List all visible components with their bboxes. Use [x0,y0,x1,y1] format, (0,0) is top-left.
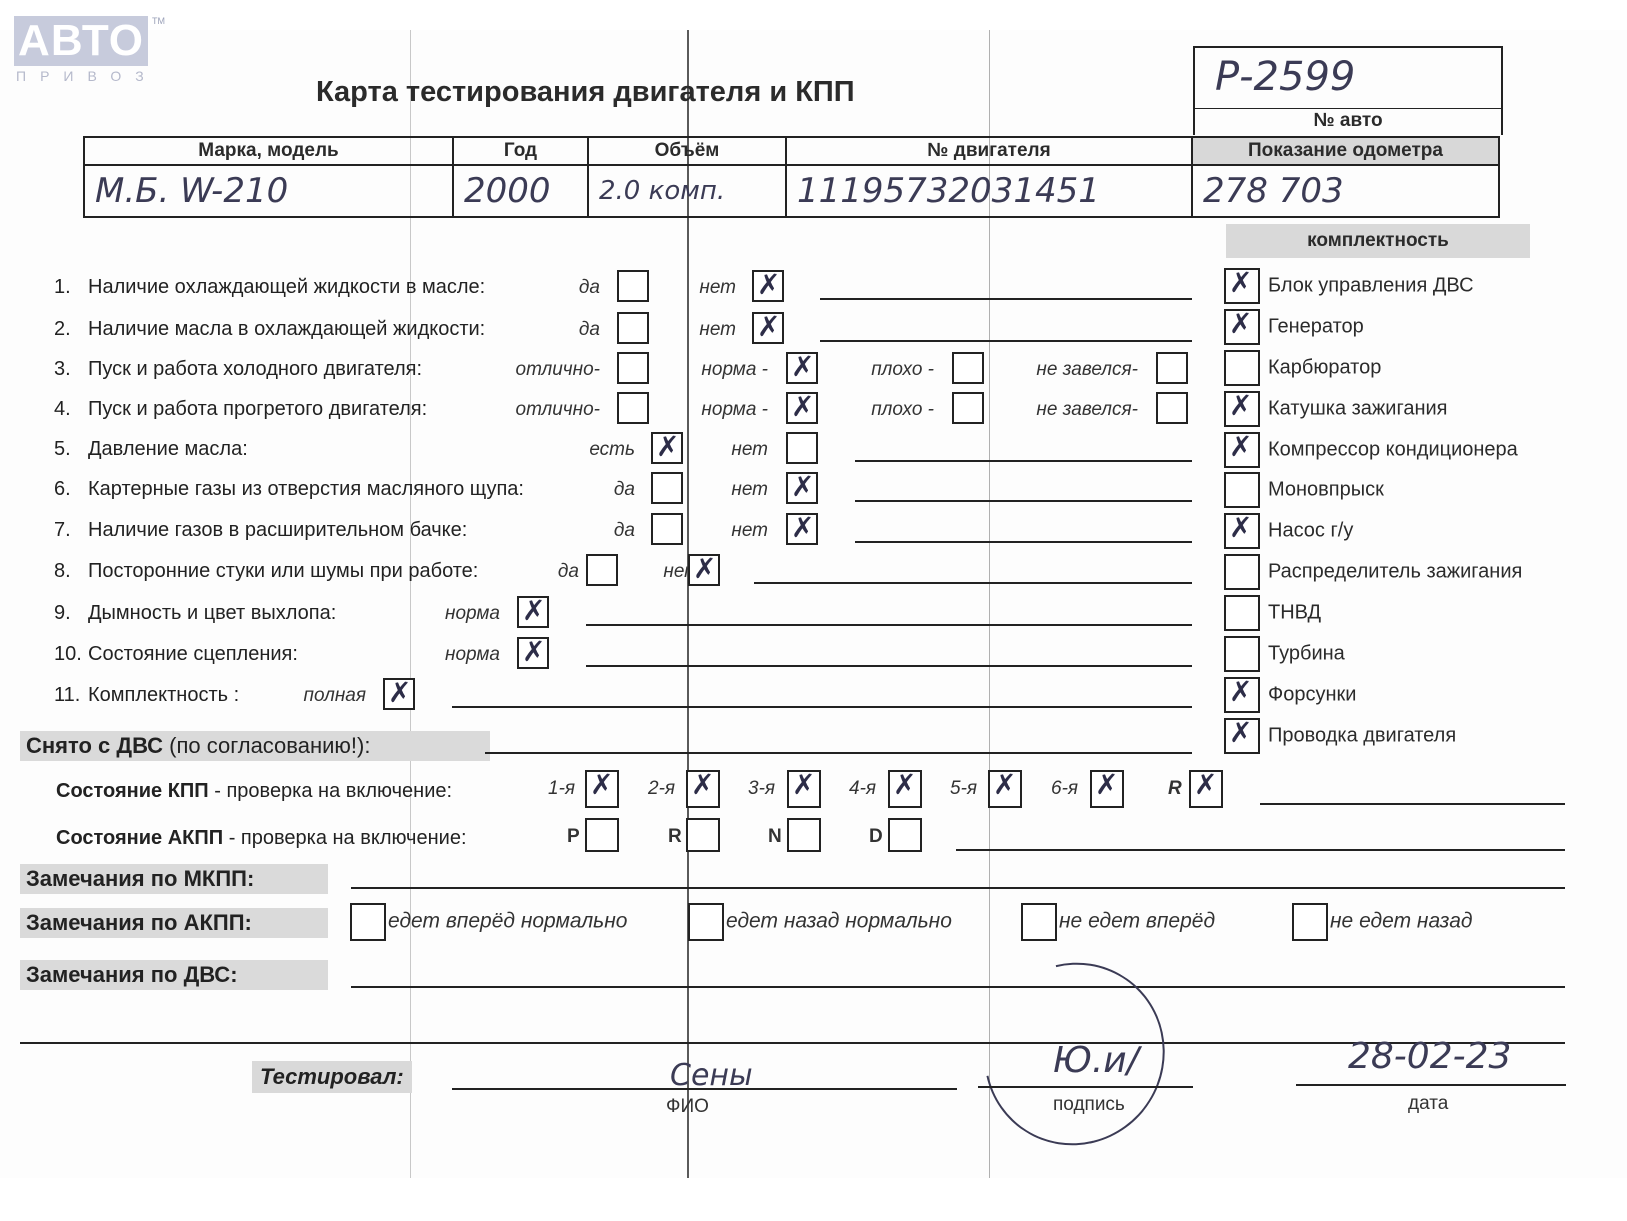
question-number: 11. [54,684,88,707]
completeness-label: ТНВД [1268,602,1321,624]
question-notes-line[interactable] [820,340,1192,342]
akpp-remark-checkbox[interactable] [350,903,386,941]
option-label: да [485,520,635,542]
question-3: 3.Пуск и работа холодного двигателя: [54,358,422,381]
completeness-checkbox[interactable] [1224,595,1260,631]
removed-parts-bold: Снято с ДВС [26,733,163,758]
akpp-remark-checkbox[interactable] [1292,903,1328,941]
option-label: нет [618,520,768,542]
option-label: норма - [618,399,768,421]
checkbox-4-4[interactable] [1156,392,1188,424]
auto-number-value: Р-2599 [1215,54,1355,100]
akpp-remark-checkbox[interactable] [688,903,724,941]
auto-number-field[interactable]: Р-2599 [1193,46,1503,109]
option-label: не завелся- [988,359,1138,381]
akpp-checkbox-P[interactable] [585,818,619,852]
completeness-label: Форсунки [1268,684,1356,706]
question-notes-line[interactable] [586,624,1192,626]
dvs-remarks-line-2[interactable] [20,1042,1565,1044]
question-number: 10. [54,643,88,666]
completeness-checkbox[interactable] [1224,309,1260,345]
gear-label: 6-я [1051,778,1078,800]
manual-gearbox-title: Состояние КПП [56,780,209,802]
year-value: 2000 [454,171,587,211]
signature-caption: подпись [1053,1094,1125,1116]
akpp-remark-label: не едет назад [1330,910,1472,933]
completeness-label: Моновпрыск [1268,479,1384,501]
manual-gearbox-desc: - проверка на включение: [209,780,452,802]
test-card-page: АВТО TM ПРИВОЗ Карта тестирования двигат… [0,0,1627,1221]
option-label: да [450,319,600,341]
gear-label: 1-я [548,778,575,800]
completeness-heading: комплектность [1226,224,1530,258]
completeness-checkbox[interactable] [1224,432,1260,468]
completeness-checkbox[interactable] [1224,718,1260,754]
completeness-item[interactable]: Катушка зажигания [1224,391,1448,427]
col-header-engine-number: № двигателя [786,137,1192,165]
question-number: 5. [54,438,88,461]
tested-by-label: Тестировал: [252,1061,412,1093]
volume-field[interactable]: 2.0 комп. [588,165,786,217]
completeness-label: Компрессор кондиционера [1268,439,1518,461]
option-label: норма [350,603,500,625]
question-text: Пуск и работа прогретого двигателя: [88,398,427,420]
completeness-item[interactable]: Форсунки [1224,677,1356,713]
completeness-checkbox[interactable] [1224,268,1260,304]
signature-value: Ю.и/ [1053,1040,1139,1081]
option-label: плохо - [784,359,934,381]
gear-checkbox-R[interactable] [1189,770,1223,808]
gear-checkbox-6-я[interactable] [1090,770,1124,808]
akpp-checkbox-D[interactable] [888,818,922,852]
option-label: нет [618,479,768,501]
question-number: 3. [54,358,88,381]
akpp-position-label: R [668,826,682,848]
question-4: 4.Пуск и работа прогретого двигателя: [54,398,427,421]
completeness-item[interactable]: Проводка двигателя [1224,718,1456,754]
akpp-remark-checkbox[interactable] [1021,903,1057,941]
akpp-remark-option[interactable]: едет вперёд нормально [350,903,627,941]
completeness-checkbox[interactable] [1224,677,1260,713]
volume-value: 2.0 комп. [589,176,785,206]
signature-line[interactable] [978,1086,1193,1088]
question-10: 10.Состояние сцепления: [54,643,298,666]
akpp-remark-option[interactable]: едет назад нормально [688,903,952,941]
option-label: нет [586,319,736,341]
checkbox-9-1[interactable] [517,596,549,628]
completeness-label: Катушка зажигания [1268,398,1448,420]
date-caption: дата [1408,1093,1448,1115]
option-label: норма - [618,359,768,381]
akpp-checkbox-N[interactable] [787,818,821,852]
question-notes-line[interactable] [855,541,1192,543]
fio-value: Сены [670,1058,753,1093]
completeness-label: Блок управления ДВС [1268,275,1474,297]
removed-parts-label: Снято с ДВС (по согласованию!): [20,731,490,761]
question-1: 1.Наличие охлаждающей жидкости в масле: [54,276,485,299]
gear-label: 4-я [849,778,876,800]
question-notes-line[interactable] [855,500,1192,502]
completeness-item[interactable]: Карбюратор [1224,350,1381,386]
checkbox-10-1[interactable] [517,637,549,669]
question-text: Наличие масла в охлаждающей жидкости: [88,318,485,340]
gear-checkbox-1-я[interactable] [585,770,619,808]
auto-gearbox-label: Состояние АКПП - проверка на включение: [56,827,467,850]
mkpp-remarks-label: Замечания по МКПП: [20,864,328,894]
question-5: 5.Давление масла: [54,438,248,461]
question-text: Картерные газы из отверстия масляного щу… [88,478,524,500]
option-label: нет [550,561,700,583]
completeness-item[interactable]: Турбина [1224,636,1345,672]
dvs-remarks-label: Замечания по ДВС: [20,960,328,990]
make-model-value: М.Б. W-210 [85,171,452,211]
question-text: Состояние сцепления: [88,643,298,665]
logo-mark: АВТО [14,16,148,66]
year-field[interactable]: 2000 [453,165,588,217]
completeness-item[interactable]: Распределитель зажигания [1224,554,1522,590]
question-text: Пуск и работа холодного двигателя: [88,358,422,380]
checkbox-8-2[interactable] [688,554,720,586]
checkbox-7-2[interactable] [786,513,818,545]
col-header-volume: Объём [588,137,786,165]
option-label: не завелся- [988,399,1138,421]
engine-number-value: 11195732031451 [787,171,1191,211]
akpp-remark-option[interactable]: не едет вперёд [1021,903,1215,941]
gear-label: 5-я [950,778,977,800]
question-number: 7. [54,519,88,542]
gear-checkbox-2-я[interactable] [686,770,720,808]
question-number: 6. [54,478,88,501]
col-header-odometer: Показание одометра [1192,137,1499,165]
manual-gearbox-label: Состояние КПП - проверка на включение: [56,780,452,803]
checkbox-3-4[interactable] [1156,352,1188,384]
completeness-item[interactable]: Моновпрыск [1224,472,1384,508]
question-7: 7.Наличие газов в расширительном бачке: [54,519,467,542]
option-label: да [450,277,600,299]
brand-logo: АВТО TM ПРИВОЗ [14,16,158,84]
auto-gearbox-title: Состояние АКПП [56,827,223,849]
option-label: нет [618,439,768,461]
question-number: 4. [54,398,88,421]
gear-checkbox-3-я[interactable] [787,770,821,808]
dvs-remarks-line-1[interactable] [351,986,1565,988]
question-text: Давление масла: [88,438,248,460]
option-label: полная [216,685,366,707]
question-notes-line[interactable] [754,582,1192,584]
option-label: отлично- [450,399,600,421]
akpp-remarks-label: Замечания по АКПП: [20,908,328,938]
question-number: 1. [54,276,88,299]
question-text: Посторонние стуки или шумы при работе: [88,560,478,582]
akpp-remark-label: не едет вперёд [1059,910,1215,933]
completeness-label: Карбюратор [1268,357,1381,379]
question-notes-line[interactable] [855,460,1192,462]
question-notes-line[interactable] [452,706,1192,708]
option-label: отлично- [450,359,600,381]
akpp-position-label: P [567,826,580,848]
option-label: есть [485,439,635,461]
mkpp-remarks-line[interactable] [351,887,1565,889]
odometer-value: 278 703 [1193,171,1498,211]
col-header-year: Год [453,137,588,165]
completeness-checkbox[interactable] [1224,513,1260,549]
completeness-checkbox[interactable] [1224,472,1260,508]
question-notes-line[interactable] [586,665,1192,667]
gear-checkbox-4-я[interactable] [888,770,922,808]
question-number: 2. [54,318,88,341]
question-11: 11.Комплектность : [54,684,239,707]
question-number: 8. [54,560,88,583]
completeness-item[interactable]: ТНВД [1224,595,1321,631]
scan-margin-top [0,0,1627,30]
question-2: 2.Наличие масла в охлаждающей жидкости: [54,318,485,341]
checkbox-1-2[interactable] [752,270,784,302]
question-6: 6.Картерные газы из отверстия масляного … [54,478,524,501]
akpp-remark-label: едет вперёд нормально [388,910,627,933]
question-number: 9. [54,602,88,625]
completeness-item[interactable]: Насос г/у [1224,513,1353,549]
question-8: 8.Посторонние стуки или шумы при работе: [54,560,478,583]
completeness-label: Насос г/у [1268,520,1353,542]
odometer-field[interactable]: 278 703 [1192,165,1499,217]
gear-label: R [1168,778,1182,800]
logo-tm: TM [152,16,165,26]
checkbox-11-1[interactable] [383,678,415,710]
option-label: плохо - [784,399,934,421]
gear-label: 3-я [748,778,775,800]
question-notes-line[interactable] [820,298,1192,300]
manual-gearbox-line[interactable] [1260,803,1565,805]
checkbox-6-2[interactable] [786,472,818,504]
auto-gearbox-line[interactable] [956,849,1565,851]
completeness-label: Проводка двигателя [1268,725,1456,747]
logo-subtitle: ПРИВОЗ [14,68,158,84]
completeness-checkbox[interactable] [1224,636,1260,672]
checkbox-3-3[interactable] [952,352,984,384]
completeness-label: Турбина [1268,643,1345,665]
akpp-position-label: D [869,826,883,848]
question-9: 9.Дымность и цвет выхлопа: [54,602,336,625]
completeness-item[interactable]: Компрессор кондиционера [1224,432,1518,468]
gear-label: 2-я [648,778,675,800]
completeness-checkbox[interactable] [1224,391,1260,427]
question-text: Дымность и цвет выхлопа: [88,602,336,624]
question-text: Наличие газов в расширительном бачке: [88,519,467,541]
checkbox-2-2[interactable] [752,312,784,344]
akpp-position-label: N [768,826,782,848]
removed-parts-note: (по согласованию!): [163,733,370,758]
document-title: Карта тестирования двигателя и КПП [316,76,855,109]
fio-caption: ФИО [666,1096,709,1118]
auto-number-label: № авто [1193,107,1503,135]
completeness-item[interactable]: Блок управления ДВС [1224,268,1474,304]
date-line[interactable] [1296,1084,1566,1086]
date-value: 28-02-23 [1348,1036,1511,1077]
col-header-make-model: Марка, модель [84,137,453,165]
completeness-label: Генератор [1268,316,1364,338]
option-label: нет [586,277,736,299]
akpp-remark-label: едет назад нормально [726,910,952,933]
option-label: норма [350,644,500,666]
gear-checkbox-5-я[interactable] [988,770,1022,808]
engine-number-field[interactable]: 11195732031451 [786,165,1192,217]
akpp-remark-option[interactable]: не едет назад [1292,903,1472,941]
make-model-field[interactable]: М.Б. W-210 [84,165,453,217]
completeness-label: Распределитель зажигания [1268,561,1522,583]
vehicle-info-table: Марка, модель Год Объём № двигателя Пока… [83,136,1500,218]
akpp-checkbox-R[interactable] [686,818,720,852]
completeness-checkbox[interactable] [1224,554,1260,590]
removed-parts-line[interactable] [485,752,1192,754]
completeness-item[interactable]: Генератор [1224,309,1364,345]
checkbox-4-3[interactable] [952,392,984,424]
question-text: Наличие охлаждающей жидкости в масле: [88,276,485,298]
auto-gearbox-desc: - проверка на включение: [223,827,466,849]
checkbox-5-2[interactable] [786,432,818,464]
completeness-checkbox[interactable] [1224,350,1260,386]
option-label: да [485,479,635,501]
scan-margin-bottom [0,1178,1627,1221]
